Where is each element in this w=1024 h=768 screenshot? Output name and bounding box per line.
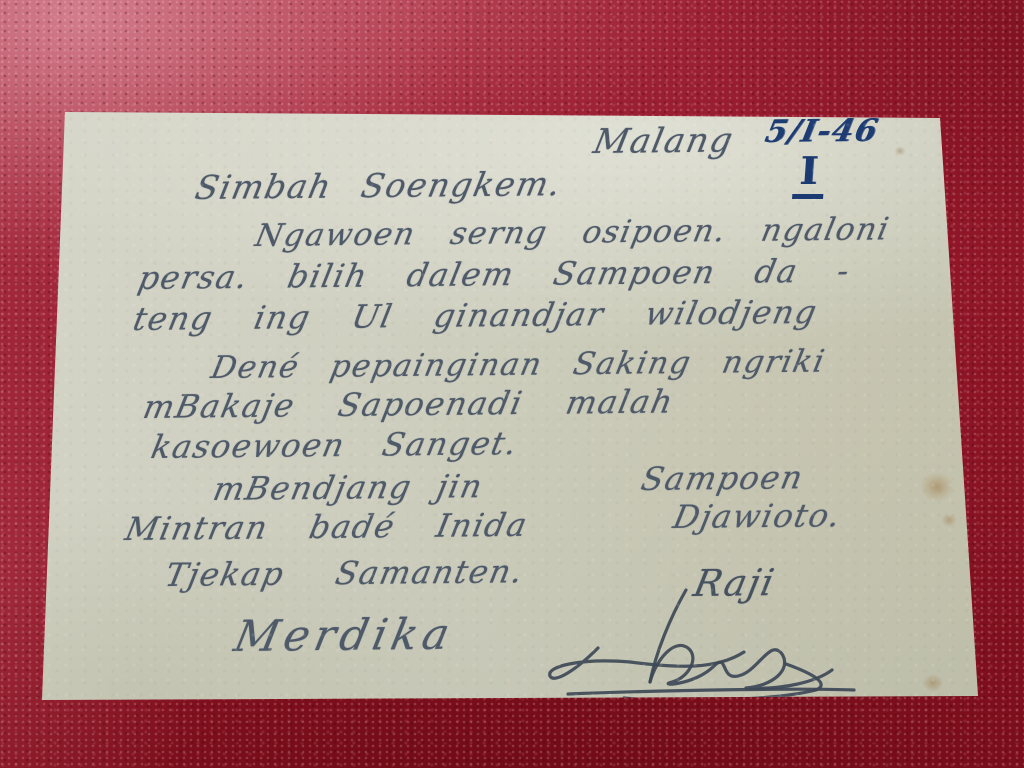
handwriting-line: Tjekap Samanten. bbox=[162, 552, 527, 594]
slogan-merdika: Merdika bbox=[230, 610, 459, 662]
handwriting-line: Dené pepainginan Saking ngriki bbox=[208, 344, 829, 386]
handwriting-line: mBendjang jin bbox=[210, 467, 487, 508]
handwriting-line: Sampoen bbox=[638, 458, 807, 498]
handwriting-line: persa. bilih dalem Sampoen da - bbox=[135, 252, 854, 297]
leather-background-photo: Malang 5/I-46 I Simbah Soengkem. Ngawoen… bbox=[0, 0, 1024, 768]
handwriting-line: Ngawoen serng osipoen. ngaloni bbox=[252, 211, 893, 254]
handwriting-line: mBakaje Sapoenadi malah bbox=[140, 382, 677, 426]
place-name: Malang bbox=[590, 121, 737, 162]
stain-spot bbox=[918, 670, 948, 696]
postcard: Malang 5/I-46 I Simbah Soengkem. Ngawoen… bbox=[40, 104, 982, 704]
signature-flourish bbox=[538, 582, 878, 708]
salutation-line: Simbah Soengkem. bbox=[192, 164, 565, 207]
handwriting-line: Mintran badé Inida bbox=[122, 506, 531, 548]
roman-numeral: I bbox=[792, 148, 827, 199]
stain-spot bbox=[892, 144, 908, 158]
date-annotation: 5/I-46 bbox=[762, 113, 882, 150]
handwriting-line: teng ing Ul ginandjar wilodjeng bbox=[130, 293, 821, 338]
stain-spot bbox=[920, 472, 954, 502]
handwriting-line: kasoewoen Sanget. bbox=[148, 424, 522, 466]
stain-spot bbox=[938, 510, 960, 530]
handwriting-line: Djawioto. bbox=[670, 496, 845, 536]
